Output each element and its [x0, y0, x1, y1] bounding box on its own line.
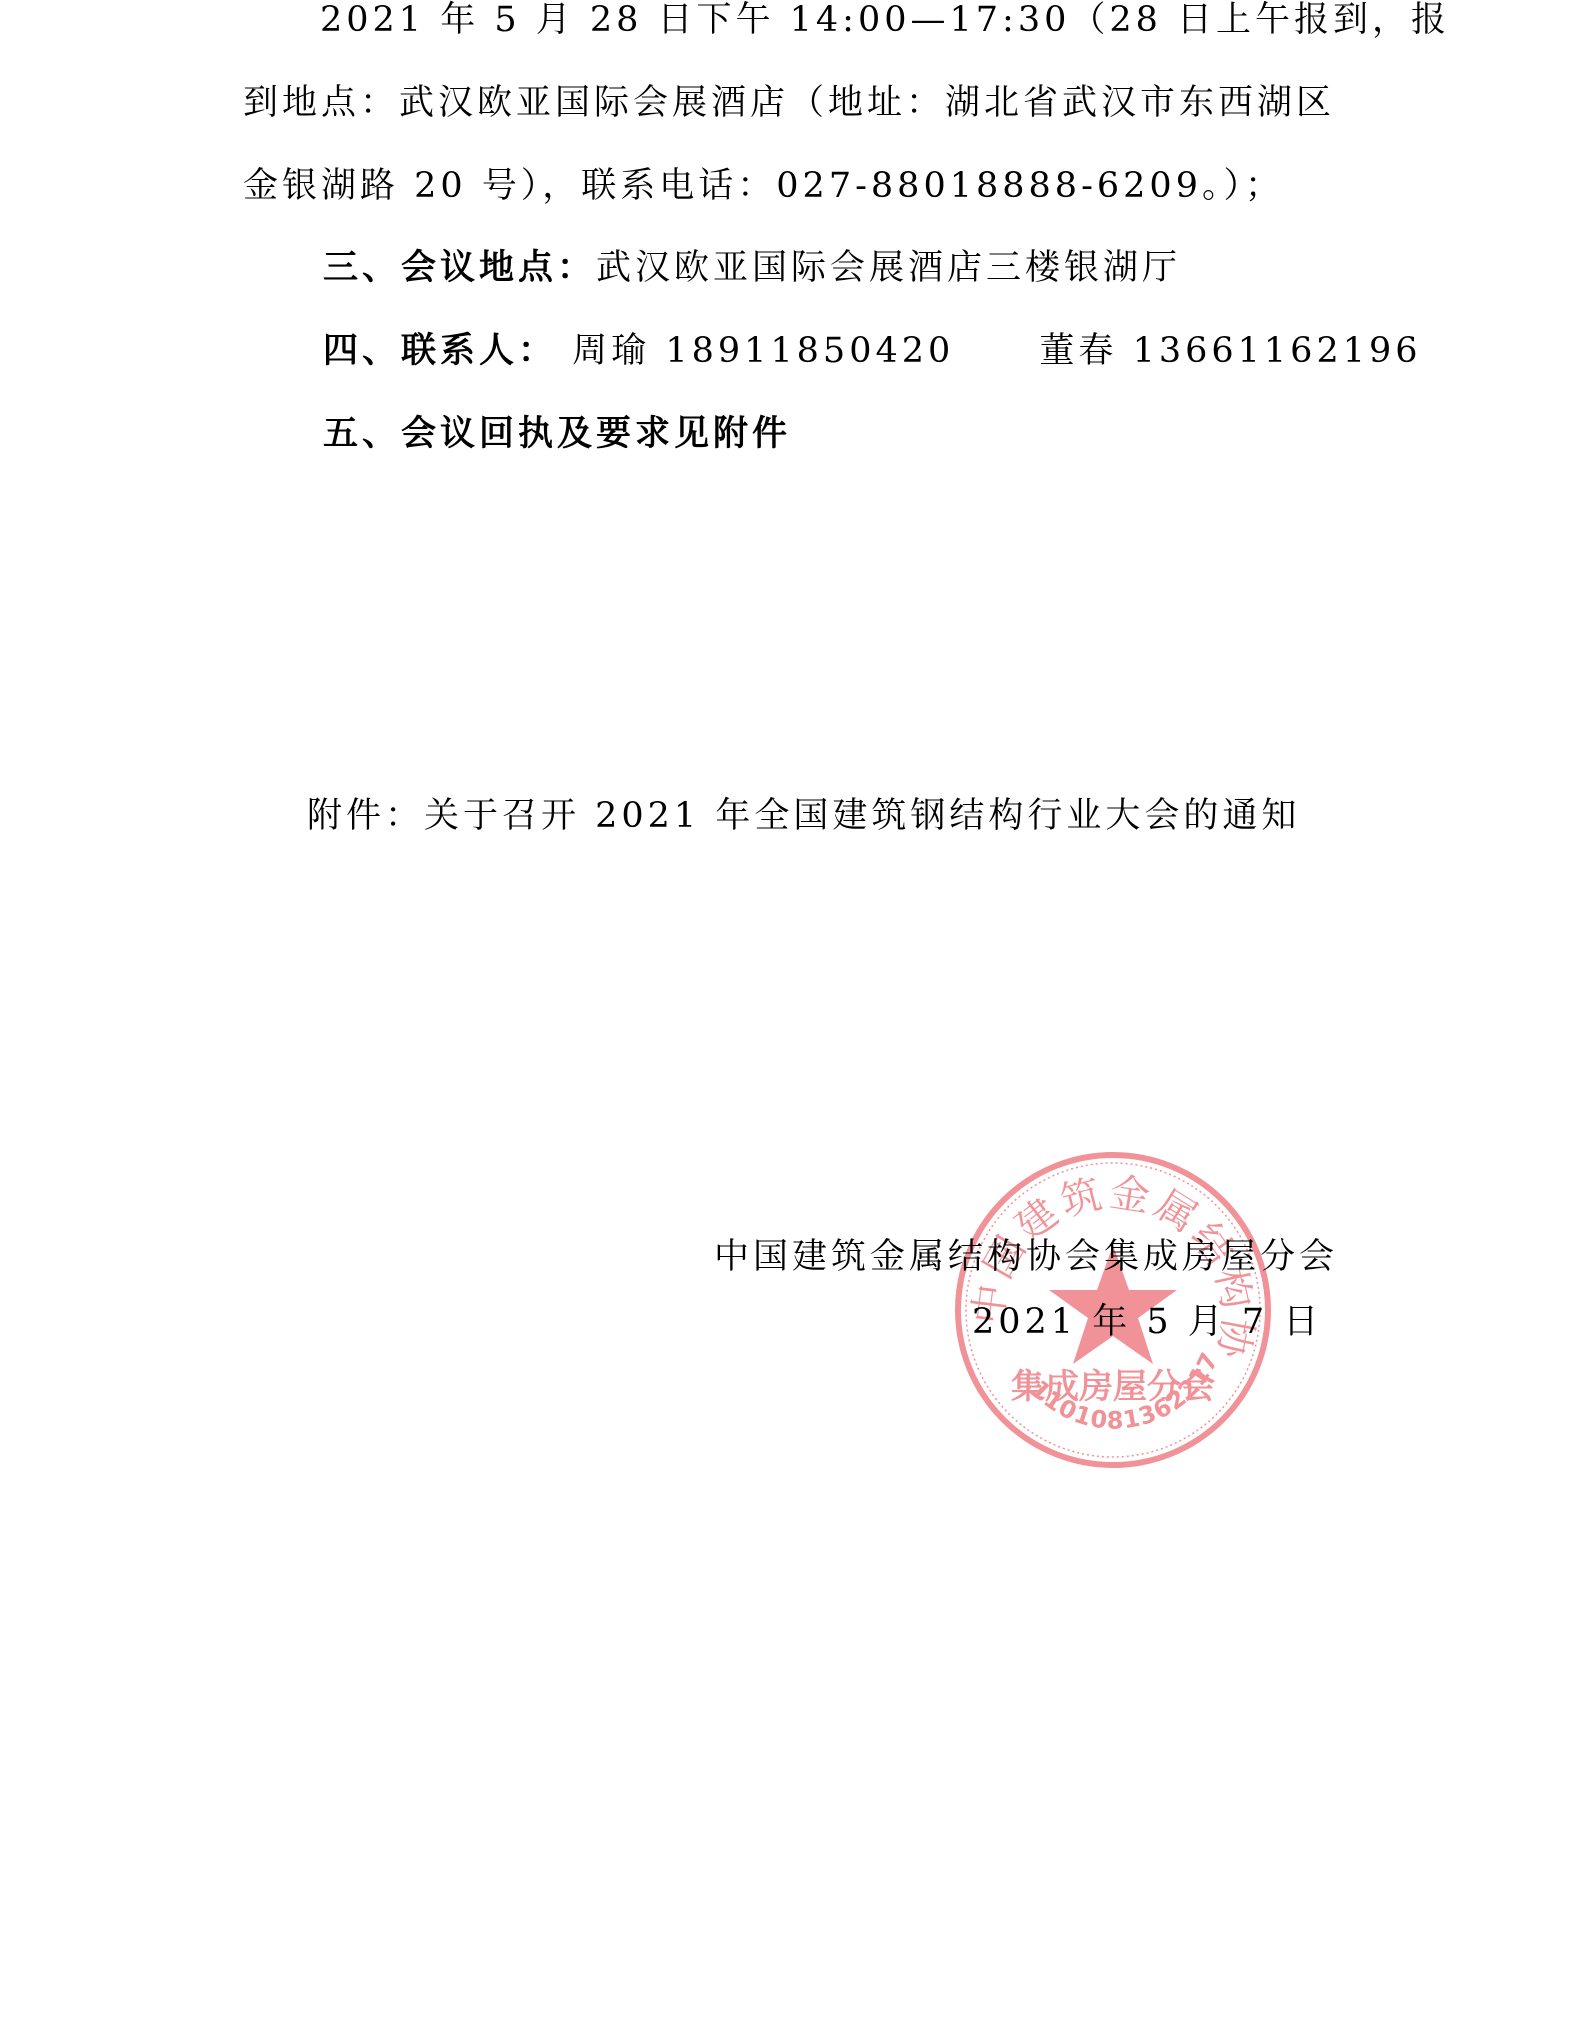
- signature-organization: 中国建筑金属结构协会集成房屋分会: [714, 1237, 1338, 1277]
- section-contacts: 四、联系人： 周瑜 18911850420 董春 13661162196: [323, 331, 1422, 371]
- section-venue: 三、会议地点：武汉欧亚国际会展酒店三楼银湖厅: [323, 248, 1181, 288]
- section-contacts-label: 四、联系人：: [323, 330, 557, 371]
- paragraph-time-line-2: 到地点：武汉欧亚国际会展酒店（地址：湖北省武汉市东西湖区: [243, 83, 1335, 123]
- paragraph-time-line-3: 金银湖路 20 号），联系电话：027-88018888-6209。）；: [243, 166, 1284, 206]
- section-attachment-note: 五、会议回执及要求见附件: [323, 414, 791, 454]
- contact-2-phone: 13661162196: [1133, 331, 1422, 371]
- signature-date: 2021 年 5 月 7 日: [972, 1302, 1322, 1342]
- paragraph-time-line-1: 2021 年 5 月 28 日下午 14:00—17:30（28 日上午报到，报: [320, 0, 1450, 40]
- contact-2-name: 董春: [1039, 331, 1117, 371]
- contact-1-phone: 18911850420: [665, 331, 954, 371]
- section-venue-value: 武汉欧亚国际会展酒店三楼银湖厅: [596, 248, 1181, 288]
- attachment-line: 附件：关于召开 2021 年全国建筑钢结构行业大会的通知: [307, 796, 1300, 836]
- section-venue-label: 三、会议地点：: [323, 247, 596, 288]
- contact-1-name: 周瑜: [572, 331, 650, 371]
